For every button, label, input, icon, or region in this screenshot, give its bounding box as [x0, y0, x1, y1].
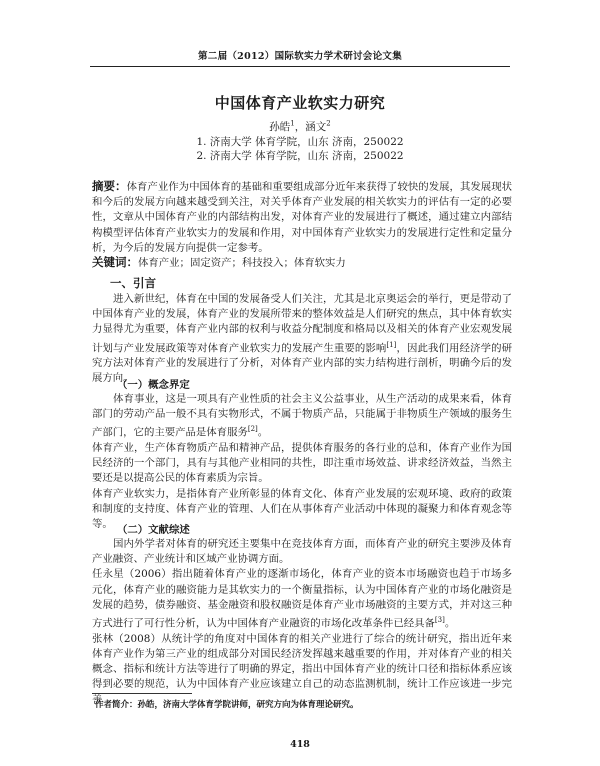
- author-separator: ，: [295, 121, 306, 133]
- paragraph-text: 体育事业，这是一项具有产业性质的社会主义公益事业，从生产活动的成果来看，体育部门…: [92, 393, 512, 439]
- paragraph: 张林（2008）从统计学的角度对中国体育的相关产业进行了综合的统计研究，指出近年…: [92, 632, 512, 708]
- paragraph-text: 。: [445, 617, 455, 629]
- abstract-text: 体育产业作为中国体育的基础和重要组成部分近年来获得了较快的发展，其发展现状和今后…: [92, 181, 512, 254]
- paragraph: 进入新世纪，体育在中国的发展备受人们关注，尤其是北京奥运会的举行，更是带动了中国…: [92, 292, 512, 387]
- paragraph-text: 。: [258, 427, 268, 439]
- paper-title: 中国体育产业软实力研究: [0, 92, 600, 113]
- keywords-text: 体育产业；固定资产；科技投入；体育软实力: [138, 257, 346, 269]
- affiliation: 2. 济南大学 体育学院，山东 济南，250022: [0, 148, 600, 163]
- paragraph: 体育产业，生产体育物质产品和精神产品，提供体育服务的各行业的总和，体育产业作为国…: [92, 441, 512, 487]
- abstract: 摘要：体育产业作为中国体育的基础和重要组成部分近年来获得了较快的发展，其发展现状…: [92, 179, 512, 256]
- author-name: 孙皓: [269, 121, 290, 133]
- header-rule: [90, 66, 510, 67]
- author-line: 孙皓1，涵文2: [0, 119, 600, 134]
- section-heading-intro: 一、引言: [110, 275, 156, 291]
- paragraph: 体育事业，这是一项具有产业性质的社会主义公益事业，从生产活动的成果来看，体育部门…: [92, 392, 512, 441]
- affiliation: 1. 济南大学 体育学院，山东 济南，250022: [0, 134, 600, 149]
- subsection-heading-literature: （二）文献综述: [117, 521, 190, 536]
- author-footnote: 作者简介：孙皓，济南大学体育学院讲师，研究方向为体育理论研究。: [95, 698, 359, 710]
- abstract-label: 摘要：: [92, 179, 127, 193]
- keywords: 关键词：体育产业；固定资产；科技投入；体育软实力: [92, 255, 512, 271]
- author-mark: 2: [326, 120, 330, 128]
- literature-body: 国内外学者对体育的研究还主要集中在竞技体育方面，而体育产业的研究主要涉及体育产业…: [92, 537, 512, 708]
- subsection-heading-concepts: （一）概念界定: [117, 376, 190, 391]
- page-number: 418: [0, 739, 600, 750]
- keywords-label: 关键词：: [92, 255, 138, 269]
- paragraph: 国内外学者对体育的研究还主要集中在竞技体育方面，而体育产业的研究主要涉及体育产业…: [92, 537, 512, 567]
- author-name: 涵文: [305, 121, 326, 133]
- running-header: 第二届（2012）国际软实力学术研讨会论文集: [90, 48, 510, 62]
- citation: [3]: [435, 616, 445, 624]
- paragraph: 任永星（2006）指出随着体育产业的逐渐市场化，体育产业的资本市场融资也趋于市场…: [92, 567, 512, 631]
- concepts-body: 体育事业，这是一项具有产业性质的社会主义公益事业，从生产活动的成果来看，体育部门…: [92, 392, 512, 532]
- intro-body: 进入新世纪，体育在中国的发展备受人们关注，尤其是北京奥运会的举行，更是带动了中国…: [92, 292, 512, 387]
- citation: [2]: [248, 425, 258, 433]
- citation: [1]: [386, 341, 396, 349]
- footnote-rule: [92, 693, 192, 694]
